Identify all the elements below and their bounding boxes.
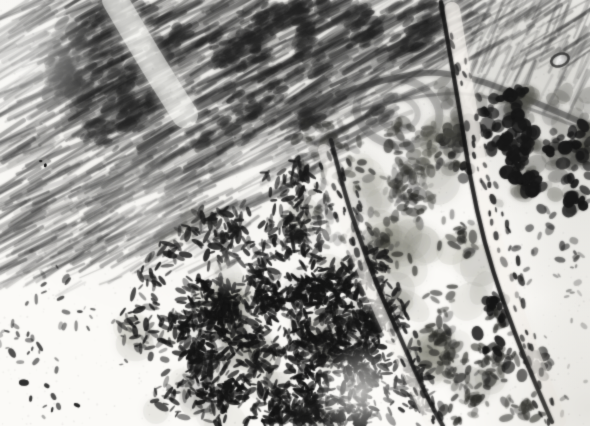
micrograph [0,0,590,426]
micrograph-canvas [0,0,590,426]
